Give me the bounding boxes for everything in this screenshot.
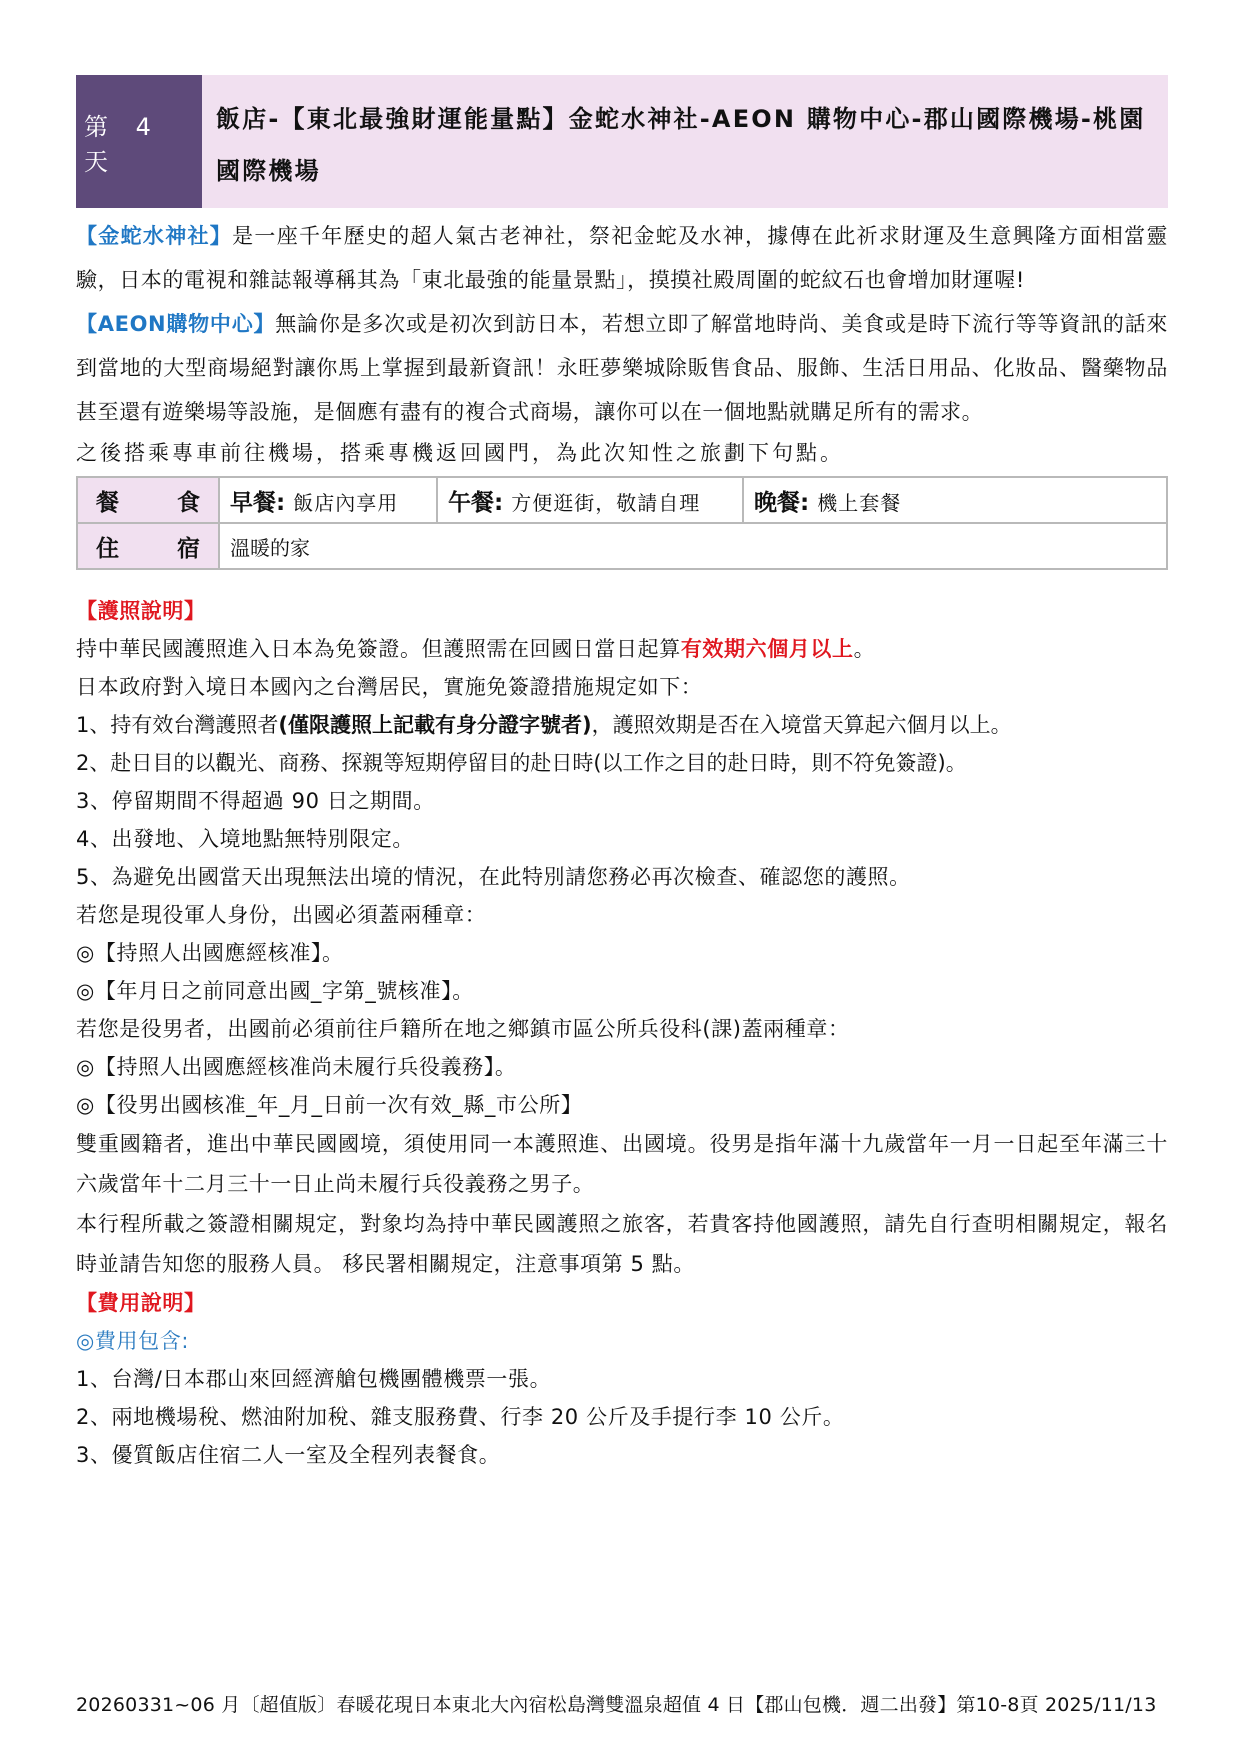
passport-section: 【護照說明】 持中華民國護照進入日本為免簽證。但護照需在回國日當日起算有效期六個… <box>76 592 1168 1284</box>
passport-item-1-bold: (僅限護照上記載有身分證字號者) <box>278 713 591 737</box>
fee-item-3: 3、優質飯店住宿二人一室及全程列表餐食。 <box>76 1436 1168 1474</box>
lunch-cell: 午餐:方便逛街，敬請自理 <box>437 477 743 523</box>
conscript-intro: 若您是役男者，出國前必須前往戶籍所在地之鄉鎮市區公所兵役科(課)蓋兩種章： <box>76 1010 1168 1048</box>
meals-table: 餐食 早餐:飯店內享用 午餐:方便逛街，敬請自理 晚餐:機上套餐 住宿 溫暖的家 <box>76 476 1168 570</box>
passport-heading: 【護照說明】 <box>76 592 1168 630</box>
passport-line1: 持中華民國護照進入日本為免簽證。但護照需在回國日當日起算有效期六個月以上。 <box>76 630 1168 668</box>
military-stamp-2: ◎【年月日之前同意出國_字第_號核准】。 <box>76 972 1168 1010</box>
passport-item-1: 1、持有效台灣護照者(僅限護照上記載有身分證字號者)，護照效期是否在入境當天算起… <box>76 706 1168 744</box>
military-intro: 若您是現役軍人身份，出國必須蓋兩種章： <box>76 896 1168 934</box>
aeon-paragraph: 【AEON購物中心】無論你是多次或是初次到訪日本，若想立即了解當地時尚、美食或是… <box>76 302 1168 434</box>
shrine-text: 是一座千年歷史的超人氣古老神社，祭祀金蛇及水神，據傳在此祈求財運及生意興隆方面相… <box>76 224 1168 292</box>
lodging-value: 溫暖的家 <box>219 523 1167 569</box>
dual-nationality-note: 雙重國籍者，進出中華民國國境，須使用同一本護照進、出國境。役男是指年滿十九歲當年… <box>76 1124 1168 1204</box>
passport-item-5: 5、為避免出國當天出現無法出境的情況，在此特別請您務必再次檢查、確認您的護照。 <box>76 858 1168 896</box>
passport-line1-text: 持中華民國護照進入日本為免簽證。但護照需在回國日當日起算 <box>76 637 681 661</box>
aeon-tag: 【AEON購物中心】 <box>76 312 275 336</box>
itinerary-page: 第 4 天 飯店-【東北最強財運能量點】金蛇水神社-AEON 購物中心-郡山國際… <box>76 75 1168 1474</box>
passport-line1-end: 。 <box>854 637 876 661</box>
day-header: 第 4 天 飯店-【東北最強財運能量點】金蛇水神社-AEON 購物中心-郡山國際… <box>76 75 1168 208</box>
breakfast-value: 飯店內享用 <box>293 491 398 515</box>
fees-section: 【費用說明】 ◎費用包含: 1、台灣/日本郡山來回經濟艙包機團體機票一張。 2、… <box>76 1284 1168 1474</box>
conscript-stamp-1: ◎【持照人出國應經核准尚未履行兵役義務】。 <box>76 1048 1168 1086</box>
page-footer: 20260331~06 月〔超值版〕春暖花現日本東北大內宿松島灣雙溫泉超值 4 … <box>76 1690 1168 1717</box>
fee-item-2: 2、兩地機場稅、燃油附加稅、雜支服務費、行李 20 公斤及手提行李 10 公斤。 <box>76 1398 1168 1436</box>
closing-paragraph: 之後搭乘專車前往機場，搭乘專機返回國門，為此次知性之旅劃下句點。 <box>76 434 1168 472</box>
lunch-value: 方便逛街，敬請自理 <box>511 491 700 515</box>
passport-item-3: 3、停留期間不得超過 90 日之期間。 <box>76 782 1168 820</box>
military-stamp-1: ◎【持照人出國應經核准】。 <box>76 934 1168 972</box>
fees-includes-label: ◎費用包含: <box>76 1322 1168 1360</box>
dinner-cell: 晚餐:機上套餐 <box>743 477 1167 523</box>
day-label: 第 4 天 <box>76 75 202 208</box>
lunch-label: 午餐: <box>448 490 503 516</box>
fees-heading: 【費用說明】 <box>76 1284 1168 1322</box>
day-title: 飯店-【東北最強財運能量點】金蛇水神社-AEON 購物中心-郡山國際機場-桃園國… <box>202 75 1168 208</box>
shrine-tag: 【金蛇水神社】 <box>76 224 232 248</box>
fee-item-1: 1、台灣/日本郡山來回經濟艙包機團體機票一張。 <box>76 1360 1168 1398</box>
dinner-value: 機上套餐 <box>817 491 901 515</box>
passport-disclaimer: 本行程所載之簽證相關規定，對象均為持中華民國護照之旅客，若貴客持他國護照，請先自… <box>76 1204 1168 1284</box>
passport-item-4: 4、出發地、入境地點無特別限定。 <box>76 820 1168 858</box>
lodging-header: 住宿 <box>77 523 219 569</box>
passport-item-1-text: 1、持有效台灣護照者 <box>76 713 278 737</box>
meals-header: 餐食 <box>77 477 219 523</box>
passport-item-2: 2、赴日目的以觀光、商務、探親等短期停留目的赴日時(以工作之目的赴日時，則不符免… <box>76 744 1168 782</box>
dinner-label: 晚餐: <box>754 490 809 516</box>
lodging-row: 住宿 溫暖的家 <box>77 523 1167 569</box>
breakfast-label: 早餐: <box>230 490 285 516</box>
conscript-stamp-2: ◎【役男出國核准_年_月_日前一次有效_縣_市公所】 <box>76 1086 1168 1124</box>
shrine-paragraph: 【金蛇水神社】是一座千年歷史的超人氣古老神社，祭祀金蛇及水神，據傳在此祈求財運及… <box>76 214 1168 302</box>
passport-item-1-end: ，護照效期是否在入境當天算起六個月以上。 <box>592 713 1012 737</box>
breakfast-cell: 早餐:飯店內享用 <box>219 477 437 523</box>
meals-row: 餐食 早餐:飯店內享用 午餐:方便逛街，敬請自理 晚餐:機上套餐 <box>77 477 1167 523</box>
passport-line2: 日本政府對入境日本國內之台灣居民，實施免簽證措施規定如下： <box>76 668 1168 706</box>
passport-validity-highlight: 有效期六個月以上 <box>681 637 854 661</box>
